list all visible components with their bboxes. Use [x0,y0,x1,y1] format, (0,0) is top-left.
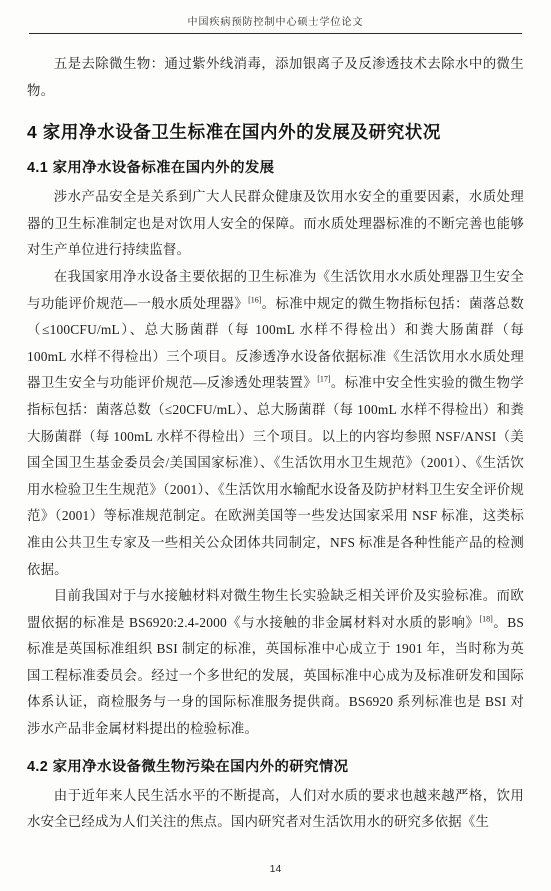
paragraph: 目前我国对于与水接触材料对微生物生长实验缺乏相关评价及实验标准。而欧盟依据的标准… [27,583,524,743]
citation-ref: [18] [479,614,492,623]
paragraph: 在我国家用净水设备主要依据的卫生标准为《生活饮用水水质处理器卫生安全与功能评价规… [27,264,524,583]
page-header: 中国疾病预防控制中心硕士学位论文 [27,13,524,34]
page-footer: 14 [0,859,551,877]
citation-ref: [16] [248,295,261,304]
paragraph: 涉水产品安全是关系到广大人民群众健康及饮用水安全的重要因素，水质处理器的卫生标准… [27,184,524,264]
paragraph: 五是去除微生物：通过紫外线消毒，添加银离子及反渗透技术去除水中的微生物。 [27,51,524,104]
document-body: 五是去除微生物：通过紫外线消毒，添加银离子及反渗透技术去除水中的微生物。4 家用… [27,51,524,836]
running-head-title: 中国疾病预防控制中心硕士学位论文 [27,13,524,33]
citation-ref: [17] [317,375,330,384]
paragraph: 由于近年来人民生活水平的不断提高，人们对水质的要求也越来越严格，饮用水安全已经成… [27,783,524,836]
section-heading: 4 家用净水设备卫生标准在国内外的发展及研究状况 [27,119,524,144]
section-heading: 4.1 家用净水设备标准在国内外的发展 [27,156,524,177]
page-number: 14 [270,863,282,875]
header-rule [29,33,522,34]
section-heading: 4.2 家用净水设备微生物污染在国内外的研究情况 [27,755,524,776]
thesis-page: 中国疾病预防控制中心硕士学位论文 五是去除微生物：通过紫外线消毒，添加银离子及反… [0,0,551,891]
